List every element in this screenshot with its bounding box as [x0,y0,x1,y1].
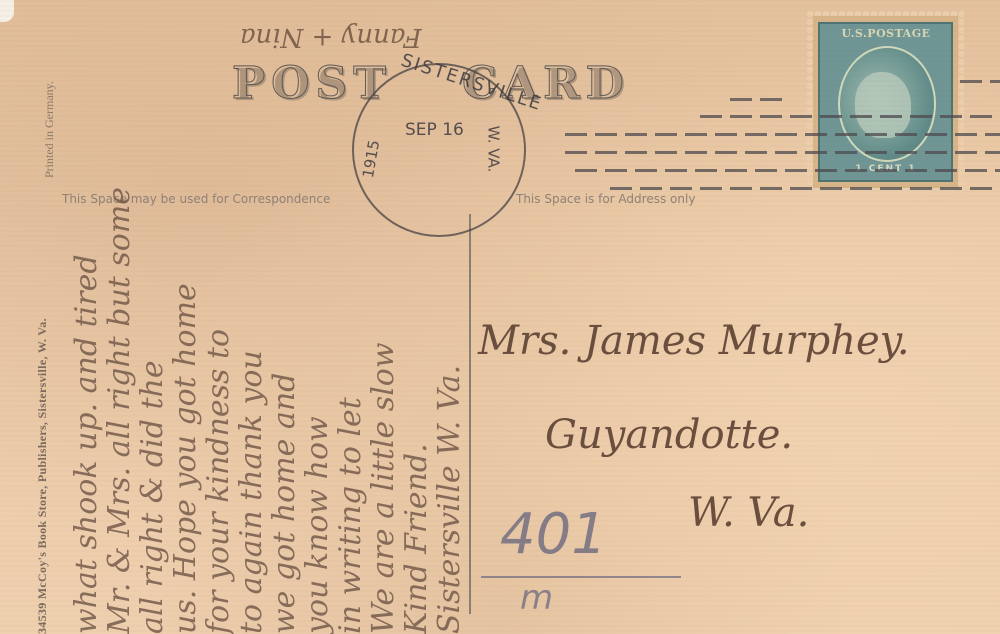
handwritten-message: what shook up. and tired Mr. & Mrs. all … [70,14,466,634]
cancel-line [700,115,1000,118]
address-line-city: Guyandotte. [545,412,793,458]
cancel-line [565,133,1000,136]
message-line: Mr. & Mrs. all right but some [103,14,136,634]
postcard-back: POSTCARD 34539 McCoy's Book Store, Publi… [0,0,1000,634]
message-line: we got home and [268,14,301,634]
cancel-line [730,98,790,101]
message-line: We are a little slow [367,14,400,634]
pencil-number: 401 [500,502,607,567]
message-line: for your kindness to [202,14,235,634]
postmark-state: W. VA. [484,126,502,173]
address-line-state: W. Va. [688,490,809,536]
stamp-top-text: U.S.POSTAGE [824,26,948,42]
message-line: what shook up. and tired [70,14,103,634]
address-line-name: Mrs. James Murphey. [478,318,910,364]
center-divider [469,214,471,614]
cancel-line [960,80,1000,83]
washington-portrait-icon [855,72,911,138]
message-line: us. Hope you got home [169,14,202,634]
message-line: to again thank you [235,14,268,634]
cancel-line [565,151,1000,154]
message-line: all right & did the [136,14,169,634]
message-line: in writing to let [334,14,367,634]
address-label: This Space is for Address only [516,192,695,206]
torn-corner [0,0,14,22]
cancel-line [575,169,1000,172]
message-line: you know how [301,14,334,634]
pencil-underline [481,576,681,578]
message-line: Sistersville W. Va. [433,14,466,634]
pencil-sub-mark: m [520,578,553,618]
publisher-imprint: 34539 McCoy's Book Store, Publishers, Si… [35,318,50,634]
printed-in-germany: Printed in Germany. [42,81,57,178]
message-line: Kind Friend. [400,14,433,634]
message-margin-top: Fanny + Nina [240,22,422,52]
cancel-line [610,187,1000,190]
